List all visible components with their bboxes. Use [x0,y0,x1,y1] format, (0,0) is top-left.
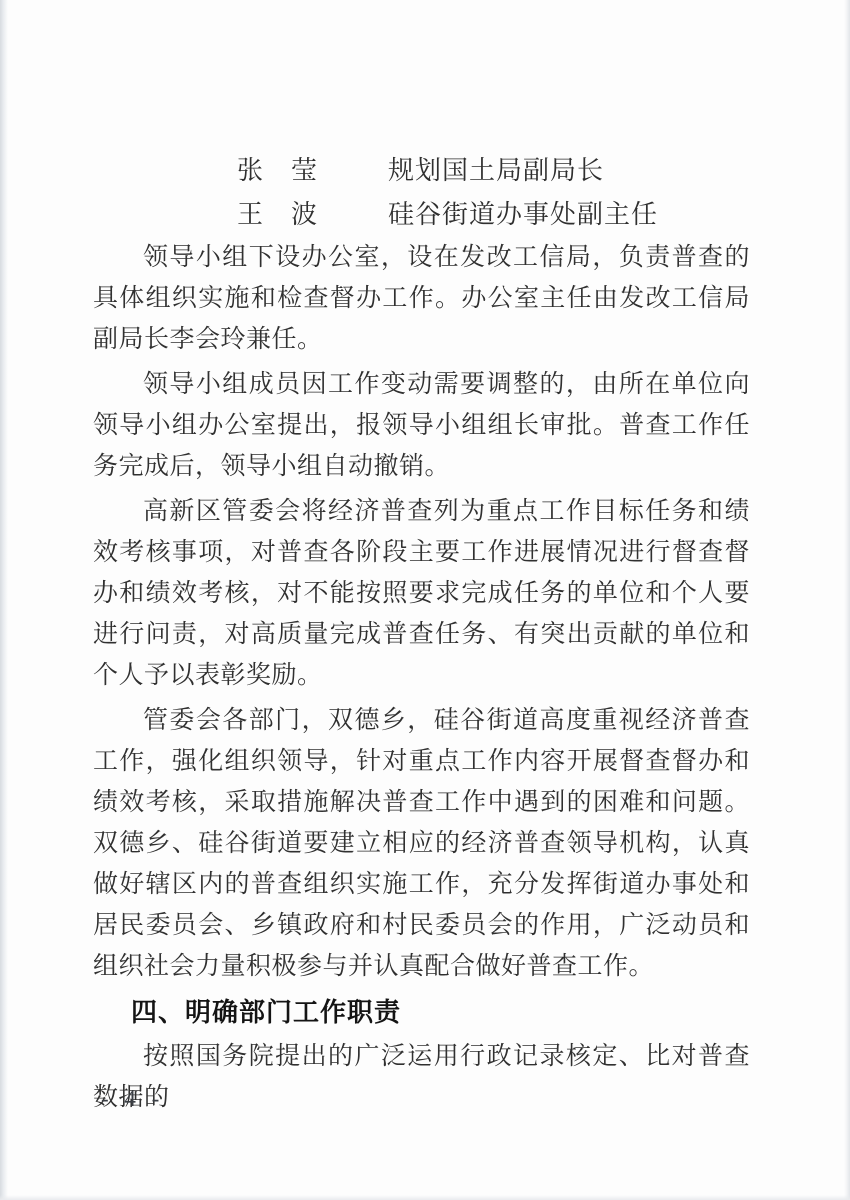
roster-row: 张 莹 规划国土局副局长 [93,149,750,193]
paragraph-office-setup: 领导小组下设办公室，设在发改工信局，负责普查的具体组织实施和检查督办工作。办公室… [93,237,750,360]
paragraph-assessment: 高新区管委会将经济普查列为重点工作目标任务和绩效考核事项，对普查各阶段主要工作进… [93,491,750,696]
roster-title: 规划国土局副局长 [388,149,604,193]
scan-edge-right [844,0,850,1200]
document-content: 张 莹 规划国土局副局长 王 波 硅谷街道办事处副主任 领导小组下设办公室，设在… [93,149,750,1122]
scanned-document-page: 张 莹 规划国土局副局长 王 波 硅谷街道办事处副主任 领导小组下设办公室，设在… [0,0,850,1200]
paragraph-member-adjustment: 领导小组成员因工作变动需要调整的，由所在单位向领导小组办公室提出，报领导小组组长… [93,364,750,487]
roster-title: 硅谷街道办事处副主任 [388,193,658,237]
personnel-roster: 张 莹 规划国土局副局长 王 波 硅谷街道办事处副主任 [93,149,750,237]
paragraph-departments: 管委会各部门，双德乡，硅谷街道高度重视经济普查工作，强化组织领导，针对重点工作内… [93,700,750,987]
roster-name: 张 莹 [237,149,318,193]
section-heading: 四、明确部门工作职责 [131,991,750,1033]
closing-paragraph: 按照国务院提出的广泛运用行政记录核定、比对普查数据的 [93,1036,750,1118]
scan-edge-bottom [0,1195,850,1200]
roster-name: 王 波 [237,193,318,237]
roster-row: 王 波 硅谷街道办事处副主任 [93,193,750,237]
page-number: - 4 - [101,1084,164,1114]
scan-edge-left [0,0,8,1200]
